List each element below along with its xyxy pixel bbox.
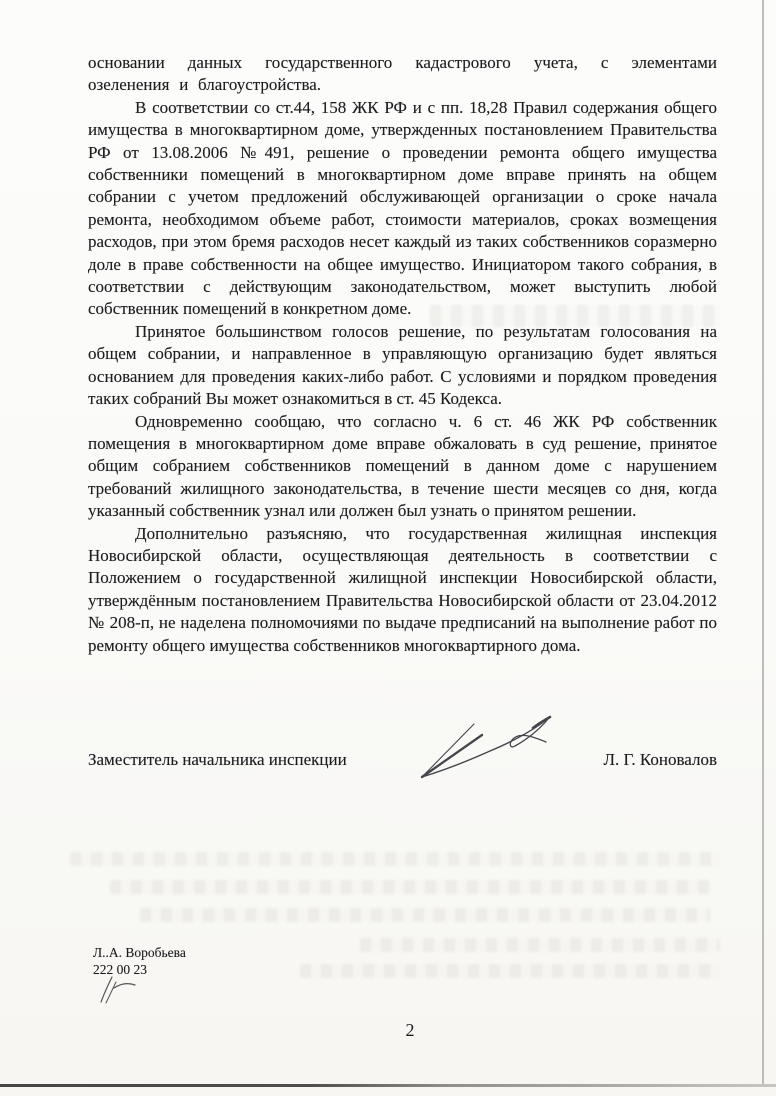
signatory-title: Заместитель начальника инспекции <box>88 750 347 770</box>
paragraph: основании данных государственного кадаст… <box>88 52 717 97</box>
scan-right-edge <box>762 0 764 1085</box>
executor-initials-scribble <box>94 972 144 1007</box>
signatory-name: Л. Г. Коновалов <box>603 750 717 770</box>
page-number: 2 <box>0 1020 776 1041</box>
paragraph: Дополнительно разъясняю, что государстве… <box>88 523 717 657</box>
scanned-letter-page: основании данных государственного кадаст… <box>0 0 776 1096</box>
paragraph: В соответствии со ст.44, 158 ЖК РФ и с п… <box>88 97 717 321</box>
scan-bottom-edge <box>0 1084 776 1087</box>
bleedthrough-artifact <box>140 908 710 922</box>
executor-name: Л..А. Воробьева <box>93 944 186 961</box>
handwritten-signature <box>392 692 592 784</box>
bleedthrough-artifact <box>300 964 720 978</box>
bleedthrough-artifact <box>360 938 720 952</box>
paragraph: Принятое большинством голосов решение, п… <box>88 321 717 411</box>
letter-body: основании данных государственного кадаст… <box>88 52 717 657</box>
bleedthrough-artifact <box>70 852 720 866</box>
paragraph: Одновременно сообщаю, что согласно ч. 6 … <box>88 411 717 523</box>
bleedthrough-artifact <box>110 880 710 894</box>
